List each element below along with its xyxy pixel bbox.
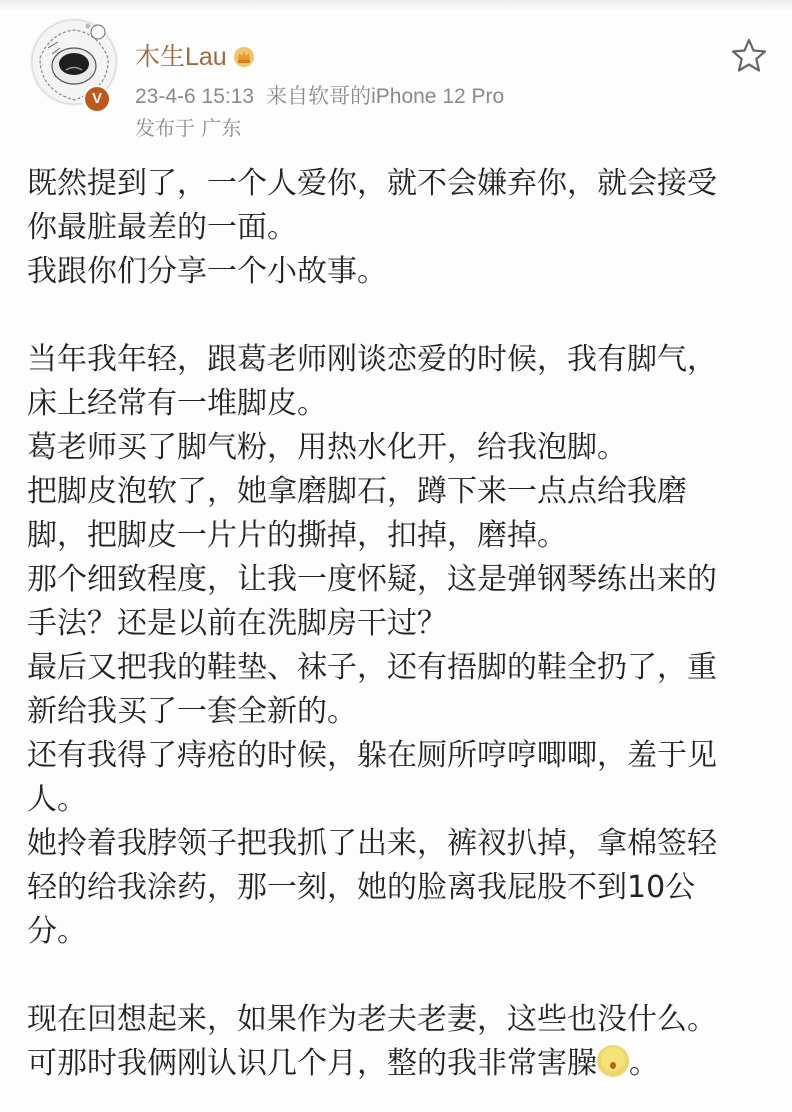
author-name[interactable]: 木生Lau [135, 43, 227, 71]
paragraph-gap [27, 954, 787, 998]
body-line: 葛老师买了脚气粉，用热水化开，给我泡脚。 [27, 426, 787, 470]
body-line-text: 可那时我俩刚认识几个月，整的我非常害臊 [27, 1046, 597, 1081]
body-line: 我跟你们分享一个小故事。 [27, 250, 787, 294]
star-outline-icon [731, 38, 767, 72]
body-line: 现在回想起来，如果作为老夫老妻，这些也没什么。 [27, 998, 787, 1042]
body-line: 既然提到了，一个人爱你，就不会嫌弃你，就会接受 [27, 162, 787, 206]
body-line: 脚，把脚皮一片片的撕掉，扣掉，磨掉。 [27, 514, 787, 558]
paragraph-3: 现在回想起来，如果作为老夫老妻，这些也没什么。 可那时我俩刚认识几个月，整的我非… [27, 998, 787, 1086]
body-line: 最后又把我的鞋垫、袜子，还有捂脚的鞋全扔了，重 [27, 646, 787, 690]
body-line: 把脚皮泡软了，她拿磨脚石，蹲下来一点点给我磨 [27, 470, 787, 514]
paragraph-1: 既然提到了，一个人爱你，就不会嫌弃你，就会接受 你最脏最差的一面。 我跟你们分享… [27, 162, 787, 294]
verified-badge: V [83, 85, 111, 113]
body-line-with-emoji: 可那时我俩刚认识几个月，整的我非常害臊。 [27, 1042, 787, 1086]
body-line: 你最脏最差的一面。 [27, 206, 787, 250]
post-timestamp: 23-4-6 15:13 [135, 85, 254, 108]
body-line: 手法？还是以前在洗脚房干过？ [27, 602, 787, 646]
post-meta: 23-4-6 15:13来自软哥的iPhone 12 Pro [135, 80, 504, 110]
paragraph-2: 当年我年轻，跟葛老师刚谈恋爱的时候，我有脚气， 床上经常有一堆脚皮。 葛老师买了… [27, 338, 787, 954]
body-line: 人。 [27, 778, 787, 822]
body-line: 轻的给我涂药，那一刻，她的脸离我屁股不到10公 [27, 866, 787, 910]
paragraph-gap [27, 294, 787, 338]
body-line: 分。 [27, 910, 787, 954]
crown-icon [233, 46, 255, 68]
author-name-row[interactable]: 木生Lau [135, 37, 255, 73]
body-line: 当年我年轻，跟葛老师刚谈恋爱的时候，我有脚气， [27, 338, 787, 382]
post-source: 来自软哥的iPhone 12 Pro [266, 85, 504, 108]
body-line: 床上经常有一堆脚皮。 [27, 382, 787, 426]
post-location: 发布于 广东 [135, 112, 241, 141]
body-line: 她拎着我脖领子把我抓了出来，裤衩扒掉，拿棉签轻 [27, 822, 787, 866]
body-line-trailing: 。 [629, 1046, 659, 1081]
body-line: 新给我买了一套全新的。 [27, 690, 787, 734]
body-line: 那个细致程度，让我一度怀疑，这是弹钢琴练出来的 [27, 558, 787, 602]
post-header: V 木生Lau 23-4-6 15:13来自软哥的iPhone 12 Pro 发… [0, 0, 792, 140]
favorite-button[interactable] [731, 38, 767, 72]
body-line: 还有我得了痔疮的时候，躲在厕所哼哼唧唧，羞于见 [27, 734, 787, 778]
post-body: 既然提到了，一个人爱你，就不会嫌弃你，就会接受 你最脏最差的一面。 我跟你们分享… [27, 162, 787, 1086]
shy-face-emoji-icon [597, 1045, 629, 1077]
